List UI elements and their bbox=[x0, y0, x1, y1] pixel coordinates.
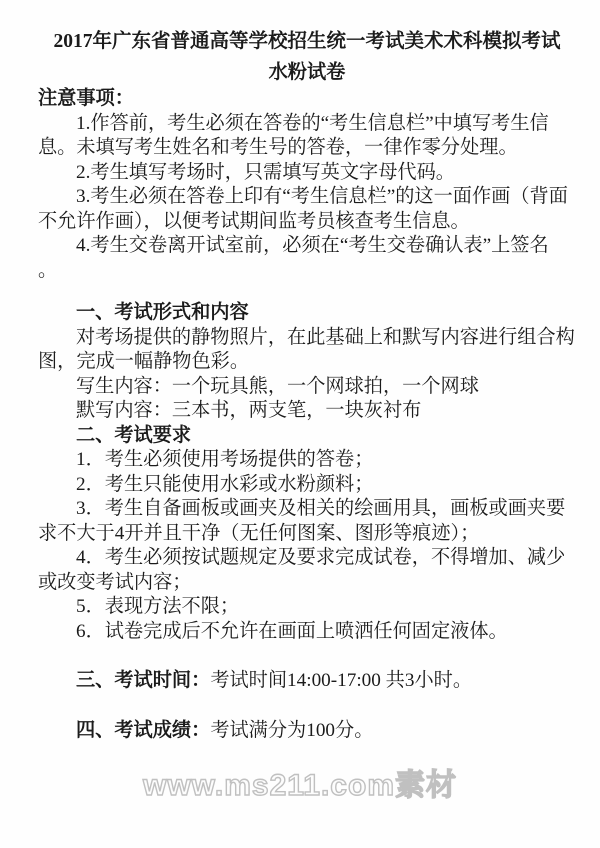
section4-exam-score: 四、考试成绩：考试满分为100分。 bbox=[38, 719, 576, 744]
notice-item-4-trailing-period: 。 bbox=[38, 259, 576, 284]
section1-heading: 一、考试形式和内容 bbox=[38, 301, 576, 326]
section3-exam-time: 三、考试时间：考试时间14:00-17:00 共3小时。 bbox=[38, 669, 576, 694]
notice-heading: 注意事项： bbox=[38, 87, 576, 112]
page-subtitle: 水粉试卷 bbox=[38, 61, 576, 86]
section3-label: 三、考试时间： bbox=[76, 670, 210, 691]
section2-item-4: 4．考生必须按试题规定及要求完成试卷，不得增加、减少或改变考试内容； bbox=[38, 546, 576, 595]
section4-text: 考试满分为100分。 bbox=[210, 720, 373, 741]
section2-heading: 二、考试要求 bbox=[38, 424, 576, 449]
section2-item-2: 2．考生只能使用水彩或水粉颜料； bbox=[38, 473, 576, 498]
page-title: 2017年广东省普通高等学校招生统一考试美术术科模拟考试 bbox=[38, 30, 576, 55]
section1-sketch-content: 写生内容：一个玩具熊，一个网球拍，一个网球 bbox=[38, 375, 576, 400]
section2-item-6: 6．试卷完成后不允许在画面上喷洒任何固定液体。 bbox=[38, 620, 576, 645]
notice-item-3: 3.考生必须在答卷上印有“考生信息栏”的这一面作画（背面不允许作画），以便考试期… bbox=[38, 185, 576, 234]
site-watermark: www.ms211.com素材 bbox=[143, 774, 457, 799]
section4-label: 四、考试成绩： bbox=[76, 720, 210, 741]
section2-item-1: 1．考生必须使用考场提供的答卷； bbox=[38, 448, 576, 473]
exam-paper-document: 2017年广东省普通高等学校招生统一考试美术术科模拟考试 水粉试卷 注意事项： … bbox=[0, 0, 600, 848]
section1-intro: 对考场提供的静物照片，在此基础上和默写内容进行组合构图，完成一幅静物色彩。 bbox=[38, 326, 576, 375]
notice-item-1: 1.作答前，考生必须在答卷的“考生信息栏”中填写考生信息。未填写考生姓名和考生号… bbox=[38, 112, 576, 161]
section2-item-5: 5．表现方法不限； bbox=[38, 595, 576, 620]
section3-text: 考试时间14:00-17:00 共3小时。 bbox=[210, 670, 472, 691]
section2-item-3: 3．考生自备画板或画夹及相关的绘画用具，画板或画夹要求不大于4开并且干净（无任何… bbox=[38, 497, 576, 546]
section1-memory-content: 默写内容：三本书，两支笔，一块灰衬布 bbox=[38, 399, 576, 424]
notice-item-4: 4.考生交卷离开试室前，必须在“考生交卷确认表”上签名 bbox=[38, 234, 576, 259]
notice-item-2: 2.考生填写考场时，只需填写英文字母代码。 bbox=[38, 161, 576, 186]
